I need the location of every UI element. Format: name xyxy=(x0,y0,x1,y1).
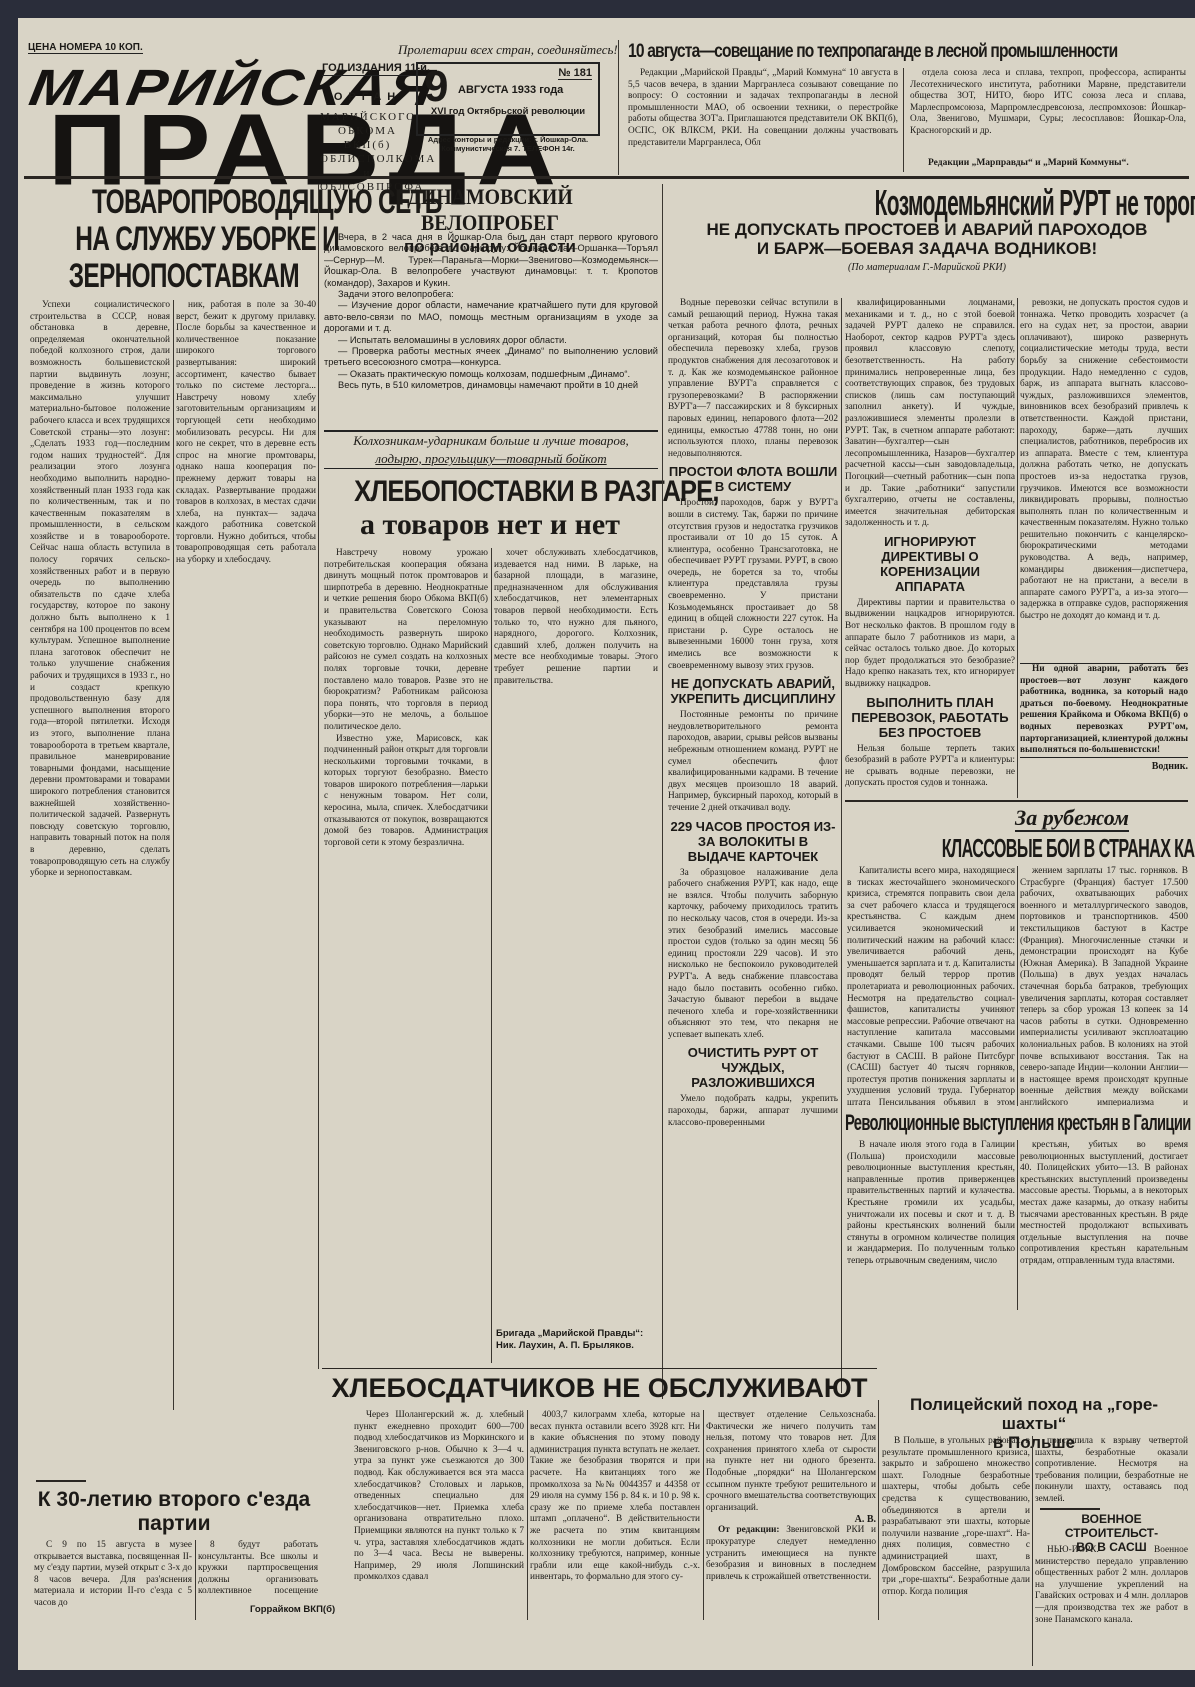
rurt-col2: квалифицированными лоцманами, механиками… xyxy=(845,298,1015,798)
grain-donors-headline: ХЛЕБОСДАТЧИКОВ НЕ ОБСЛУЖИВАЮТ xyxy=(322,1372,877,1404)
date-month-year: АВГУСТА 1933 года xyxy=(458,84,563,96)
rurt-boxed-slogan: Ни одной аварии, работать без простоев—в… xyxy=(1020,663,1188,758)
congress-text: 8 будут работать консультанты. Все школы… xyxy=(198,1540,318,1600)
congress-article: К 30-летию второго с'езда партии xyxy=(24,1488,324,1536)
abroad-text: жением зарплаты 17 тыс. горняков. В Стра… xyxy=(1020,866,1188,1106)
abroad-headline: КЛАССОВЫЕ БОИ В СТРАНАХ КАПИТАЛА xyxy=(942,834,1195,862)
year-of-publication: ГОД ИЗДАНИЯ 11-й. xyxy=(322,62,430,76)
grain-donors-signature: А. В. xyxy=(706,1514,876,1525)
rurt-col3: ревозки, не допускать простоя судов и то… xyxy=(1020,298,1188,798)
rurt-subhead: ВЫПОЛНИТЬ ПЛАН ПЕРЕВОЗОК, РАБОТАТЬ БЕЗ П… xyxy=(845,695,1015,740)
abroad-text: Капиталисты всего мира, находящиеся в ти… xyxy=(847,866,1015,1106)
notice-headline: 10 августа—совещание по техпропаганде в … xyxy=(628,40,1087,64)
galicia-text: крестьян, убитых во время революционных … xyxy=(1020,1140,1188,1268)
galicia-text: В начале июля этого года в Галиции (Поль… xyxy=(847,1140,1015,1268)
organ-line: ОБКОМА ВКП(б) xyxy=(320,124,415,152)
grain-donors-text: ществует отделение Сельхозснаба. Фактиче… xyxy=(706,1410,876,1514)
organ-label: ОРГАН xyxy=(320,90,415,104)
slogan-box: Колхозникам-ударникам больше и лучше тов… xyxy=(324,430,658,469)
congress-text: С 9 по 15 августа в музее открывается вы… xyxy=(34,1540,192,1610)
cycle-body: Вчера, в 2 часа дня в Йошкар-Ола был дан… xyxy=(324,232,658,392)
police-text: приступила к взрыву четвертой шахты, без… xyxy=(1035,1436,1188,1506)
rurt-subhead: НЕ ДОПУСКАТЬ АВАРИЙ, УКРЕПИТЬ ДИСЦИПЛИНУ xyxy=(668,676,838,706)
cycle-headline: ДИНАМОВСКИЙ ВЕЛОПРОБЕГ xyxy=(339,184,641,236)
issue-price: ЦЕНА НОМЕРА 10 КОП. xyxy=(28,42,143,54)
editorial-label: От редакции: xyxy=(718,1525,780,1535)
notice-text: отдела союза леса и сплава, техпроп, про… xyxy=(910,68,1186,138)
grain-donors-text: Через Шолангерский ж. д. хлебный пункт е… xyxy=(354,1410,524,1584)
rurt-subhead: ПРОСТОИ ФЛОТА ВОШЛИ В СИСТЕМУ xyxy=(668,464,838,494)
editorial-address: Адрес конторы и редакции: г. Йошкар-Ола.… xyxy=(408,135,608,153)
issue-number: № 181 xyxy=(558,67,592,80)
organ-line: МАРИЙСКОГО xyxy=(320,110,415,124)
grain-text: хочет обслуживать хлебосдатчиков, издева… xyxy=(494,548,658,687)
rurt-subhead: 229 ЧАСОВ ПРОСТОЯ ИЗ-ЗА ВОЛОКИТЫ В ВЫДАЧ… xyxy=(668,819,838,864)
military-text: НЬЮ-ЙОРК. Военное министерство передало … xyxy=(1035,1545,1188,1625)
notice-signature: Редакции „Марправды“ и „Марий Коммуны“. xyxy=(928,158,1129,168)
rurt-col1: Водные перевозки сейчас вступили в самый… xyxy=(668,298,838,1393)
congress-signature: Горрайком ВКП(б) xyxy=(250,1604,335,1615)
notice-techprop: 10 августа—совещание по техпропаганде в … xyxy=(628,40,1188,175)
police-text: В Польше, в угольных районах, в результа… xyxy=(882,1436,1030,1598)
rurt-signature: Водник. xyxy=(1020,761,1188,772)
grain-signature: Бригада „Марийской Правды“: Ник. Лаухин,… xyxy=(496,1328,660,1352)
rurt-subhead: ОЧИСТИТЬ РУРТ ОТ ЧУЖДЫХ, РАЗЛОЖИВШИХСЯ xyxy=(668,1045,838,1090)
slogan: Пролетарии всех стран, соединяйтесь! xyxy=(398,42,618,58)
retail-text: Успехи социалистического строительства в… xyxy=(30,300,170,880)
retail-text: ник, работая в поле за 30-40 верст, бежи… xyxy=(176,300,316,567)
grain-donors-text: 4003,7 килограмм хлеба, которые на весах… xyxy=(530,1410,700,1584)
rurt-article: Козмодемьянский РУРТ не торопится с пере… xyxy=(666,184,1188,273)
date-box: 9 № 181 АВГУСТА 1933 года XVI год Октябр… xyxy=(416,62,600,136)
rurt-subhead: ИГНОРИРУЮТ ДИРЕКТИВЫ О КОРЕНИЗАЦИИ АППАР… xyxy=(845,534,1015,594)
rurt-headline: Козмодемьянский РУРТ не торопится с пере… xyxy=(875,184,1195,222)
notice-text: Редакции „Марийской Правды“, „Марий Комм… xyxy=(628,68,898,149)
grain-text: Навстречу новому урожаю потребительская … xyxy=(324,548,488,734)
galicia-headline: Революционные выступления крестьян в Гал… xyxy=(845,1110,1075,1136)
date-day: 9 xyxy=(424,64,448,110)
revolution-year: XVI год Октябрьской революции xyxy=(428,106,588,117)
retail-headline: ТОВАРОПРОВОДЯЩУЮ СЕТЬ НА СЛУЖБУ УБОРКЕ И… xyxy=(24,184,314,295)
grain-article: ХЛЕБОПОСТАВКИ В РАЗГАРЕ, а товаров нет и… xyxy=(322,475,658,541)
abroad-rubric: За рубежом xyxy=(1015,806,1129,832)
